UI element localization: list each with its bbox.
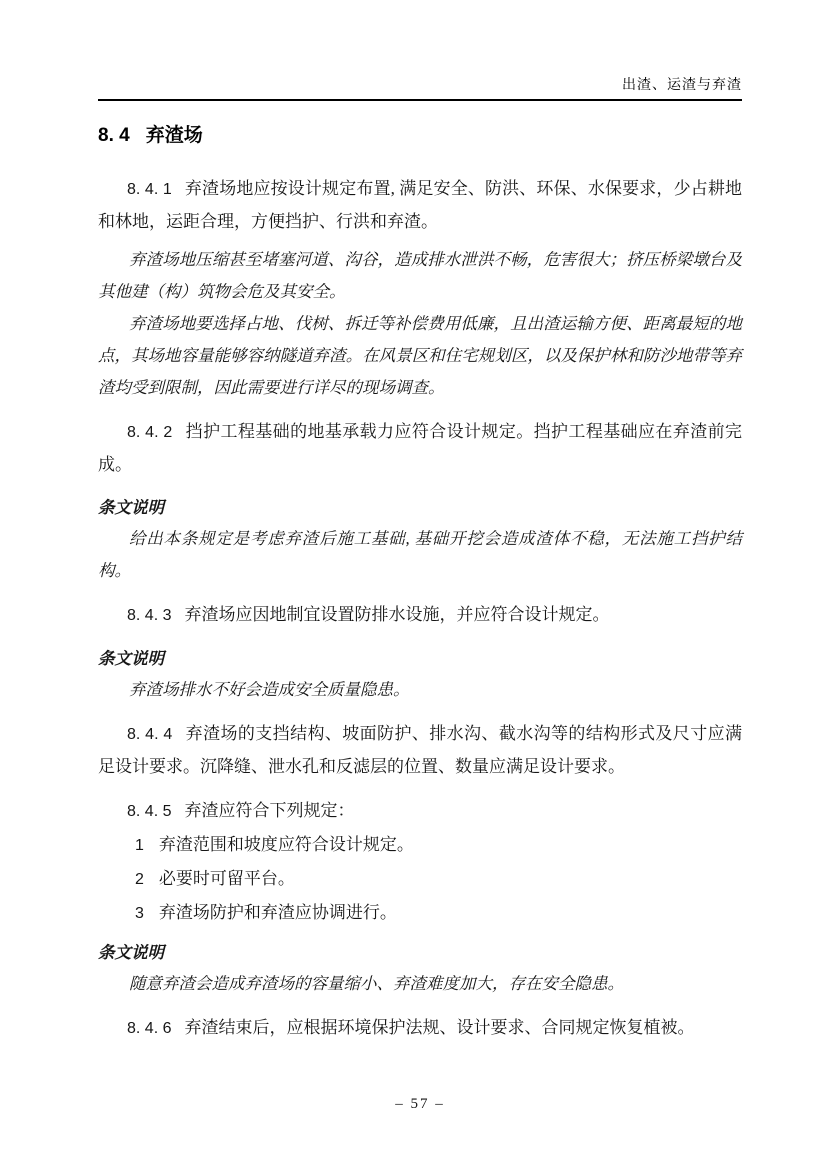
- commentary-paragraph: 弃渣场地要选择占地、伐树、拆迁等补偿费用低廉，且出渣运输方便、距离最短的地点，其…: [98, 308, 742, 404]
- header-rule: [98, 99, 742, 101]
- item-number: 3: [135, 905, 144, 922]
- list-item-1: 1弃渣范围和坡度应符合设计规定。: [98, 828, 742, 862]
- list-item-3: 3弃渣场防护和弃渣应协调进行。: [98, 896, 742, 930]
- commentary-paragraph: 随意弃渣会造成弃渣场的容量缩小、弃渣难度加大，存在安全隐患。: [98, 968, 742, 1000]
- clause-number: 8. 4. 4: [127, 726, 172, 743]
- clause-text: 弃渣场应因地制宜设置防排水设施，并应符合设计规定。: [184, 605, 609, 624]
- clause-text: 弃渣结束后，应根据环境保护法规、设计要求、合同规定恢复植被。: [184, 1018, 694, 1037]
- item-text: 弃渣场防护和弃渣应协调进行。: [159, 903, 397, 922]
- clause-text: 弃渣场的支挡结构、坡面防护、排水沟、截水沟等的结构形式及尺寸应满足设计要求。沉降…: [98, 724, 742, 776]
- clause-number: 8. 4. 5: [127, 803, 171, 820]
- clause-8-4-2: 8. 4. 2挡护工程基础的地基承载力应符合设计规定。挡护工程基础应在弃渣前完成…: [98, 416, 742, 481]
- document-page: 出渣、运渣与弃渣 8. 4弃渣场 8. 4. 1弃渣场地应按设计规定布置, 满足…: [0, 0, 826, 1169]
- clause-number: 8. 4. 1: [127, 181, 172, 198]
- clause-number: 8. 4. 6: [127, 1020, 171, 1037]
- running-header-title: 出渣、运渣与弃渣: [622, 76, 742, 92]
- page-content: 出渣、运渣与弃渣 8. 4弃渣场 8. 4. 1弃渣场地应按设计规定布置, 满足…: [98, 0, 742, 1169]
- commentary-label: 条文说明: [98, 644, 742, 674]
- section-title: 弃渣场: [146, 125, 203, 146]
- page-number: – 57 –: [98, 1096, 742, 1113]
- item-text: 必要时可留平台。: [159, 869, 295, 888]
- commentary-label: 条文说明: [98, 938, 742, 968]
- clause-8-4-5: 8. 4. 5弃渣应符合下列规定：: [98, 795, 742, 828]
- clause-text: 弃渣场地应按设计规定布置, 满足安全、防洪、环保、水保要求，少占耕地和林地，运距…: [98, 179, 742, 231]
- section-number: 8. 4: [98, 125, 130, 146]
- commentary-label: 条文说明: [98, 493, 742, 523]
- clause-text: 挡护工程基础的地基承载力应符合设计规定。挡护工程基础应在弃渣前完成。: [98, 422, 742, 474]
- clause-8-4-3: 8. 4. 3弃渣场应因地制宜设置防排水设施，并应符合设计规定。: [98, 599, 742, 632]
- running-header: 出渣、运渣与弃渣: [98, 0, 742, 94]
- item-text: 弃渣范围和坡度应符合设计规定。: [159, 835, 414, 854]
- item-number: 1: [135, 837, 144, 854]
- commentary-paragraph: 弃渣场排水不好会造成安全质量隐患。: [98, 674, 742, 706]
- clause-8-4-1: 8. 4. 1弃渣场地应按设计规定布置, 满足安全、防洪、环保、水保要求，少占耕…: [98, 173, 742, 238]
- section-heading: 8. 4弃渣场: [98, 123, 742, 149]
- clause-8-4-6: 8. 4. 6弃渣结束后，应根据环境保护法规、设计要求、合同规定恢复植被。: [98, 1012, 742, 1045]
- list-item-2: 2必要时可留平台。: [98, 862, 742, 896]
- commentary-paragraph: 给出本条规定是考虑弃渣后施工基础, 基础开挖会造成渣体不稳，无法施工挡护结构。: [98, 523, 742, 587]
- clause-number: 8. 4. 2: [127, 424, 172, 441]
- commentary-paragraph: 弃渣场地压缩甚至堵塞河道、沟谷，造成排水泄洪不畅，危害很大；挤压桥梁墩台及其他建…: [98, 244, 742, 308]
- clause-text: 弃渣应符合下列规定：: [184, 801, 354, 820]
- clause-number: 8. 4. 3: [127, 607, 171, 624]
- item-number: 2: [135, 871, 144, 888]
- clause-8-4-4: 8. 4. 4弃渣场的支挡结构、坡面防护、排水沟、截水沟等的结构形式及尺寸应满足…: [98, 718, 742, 783]
